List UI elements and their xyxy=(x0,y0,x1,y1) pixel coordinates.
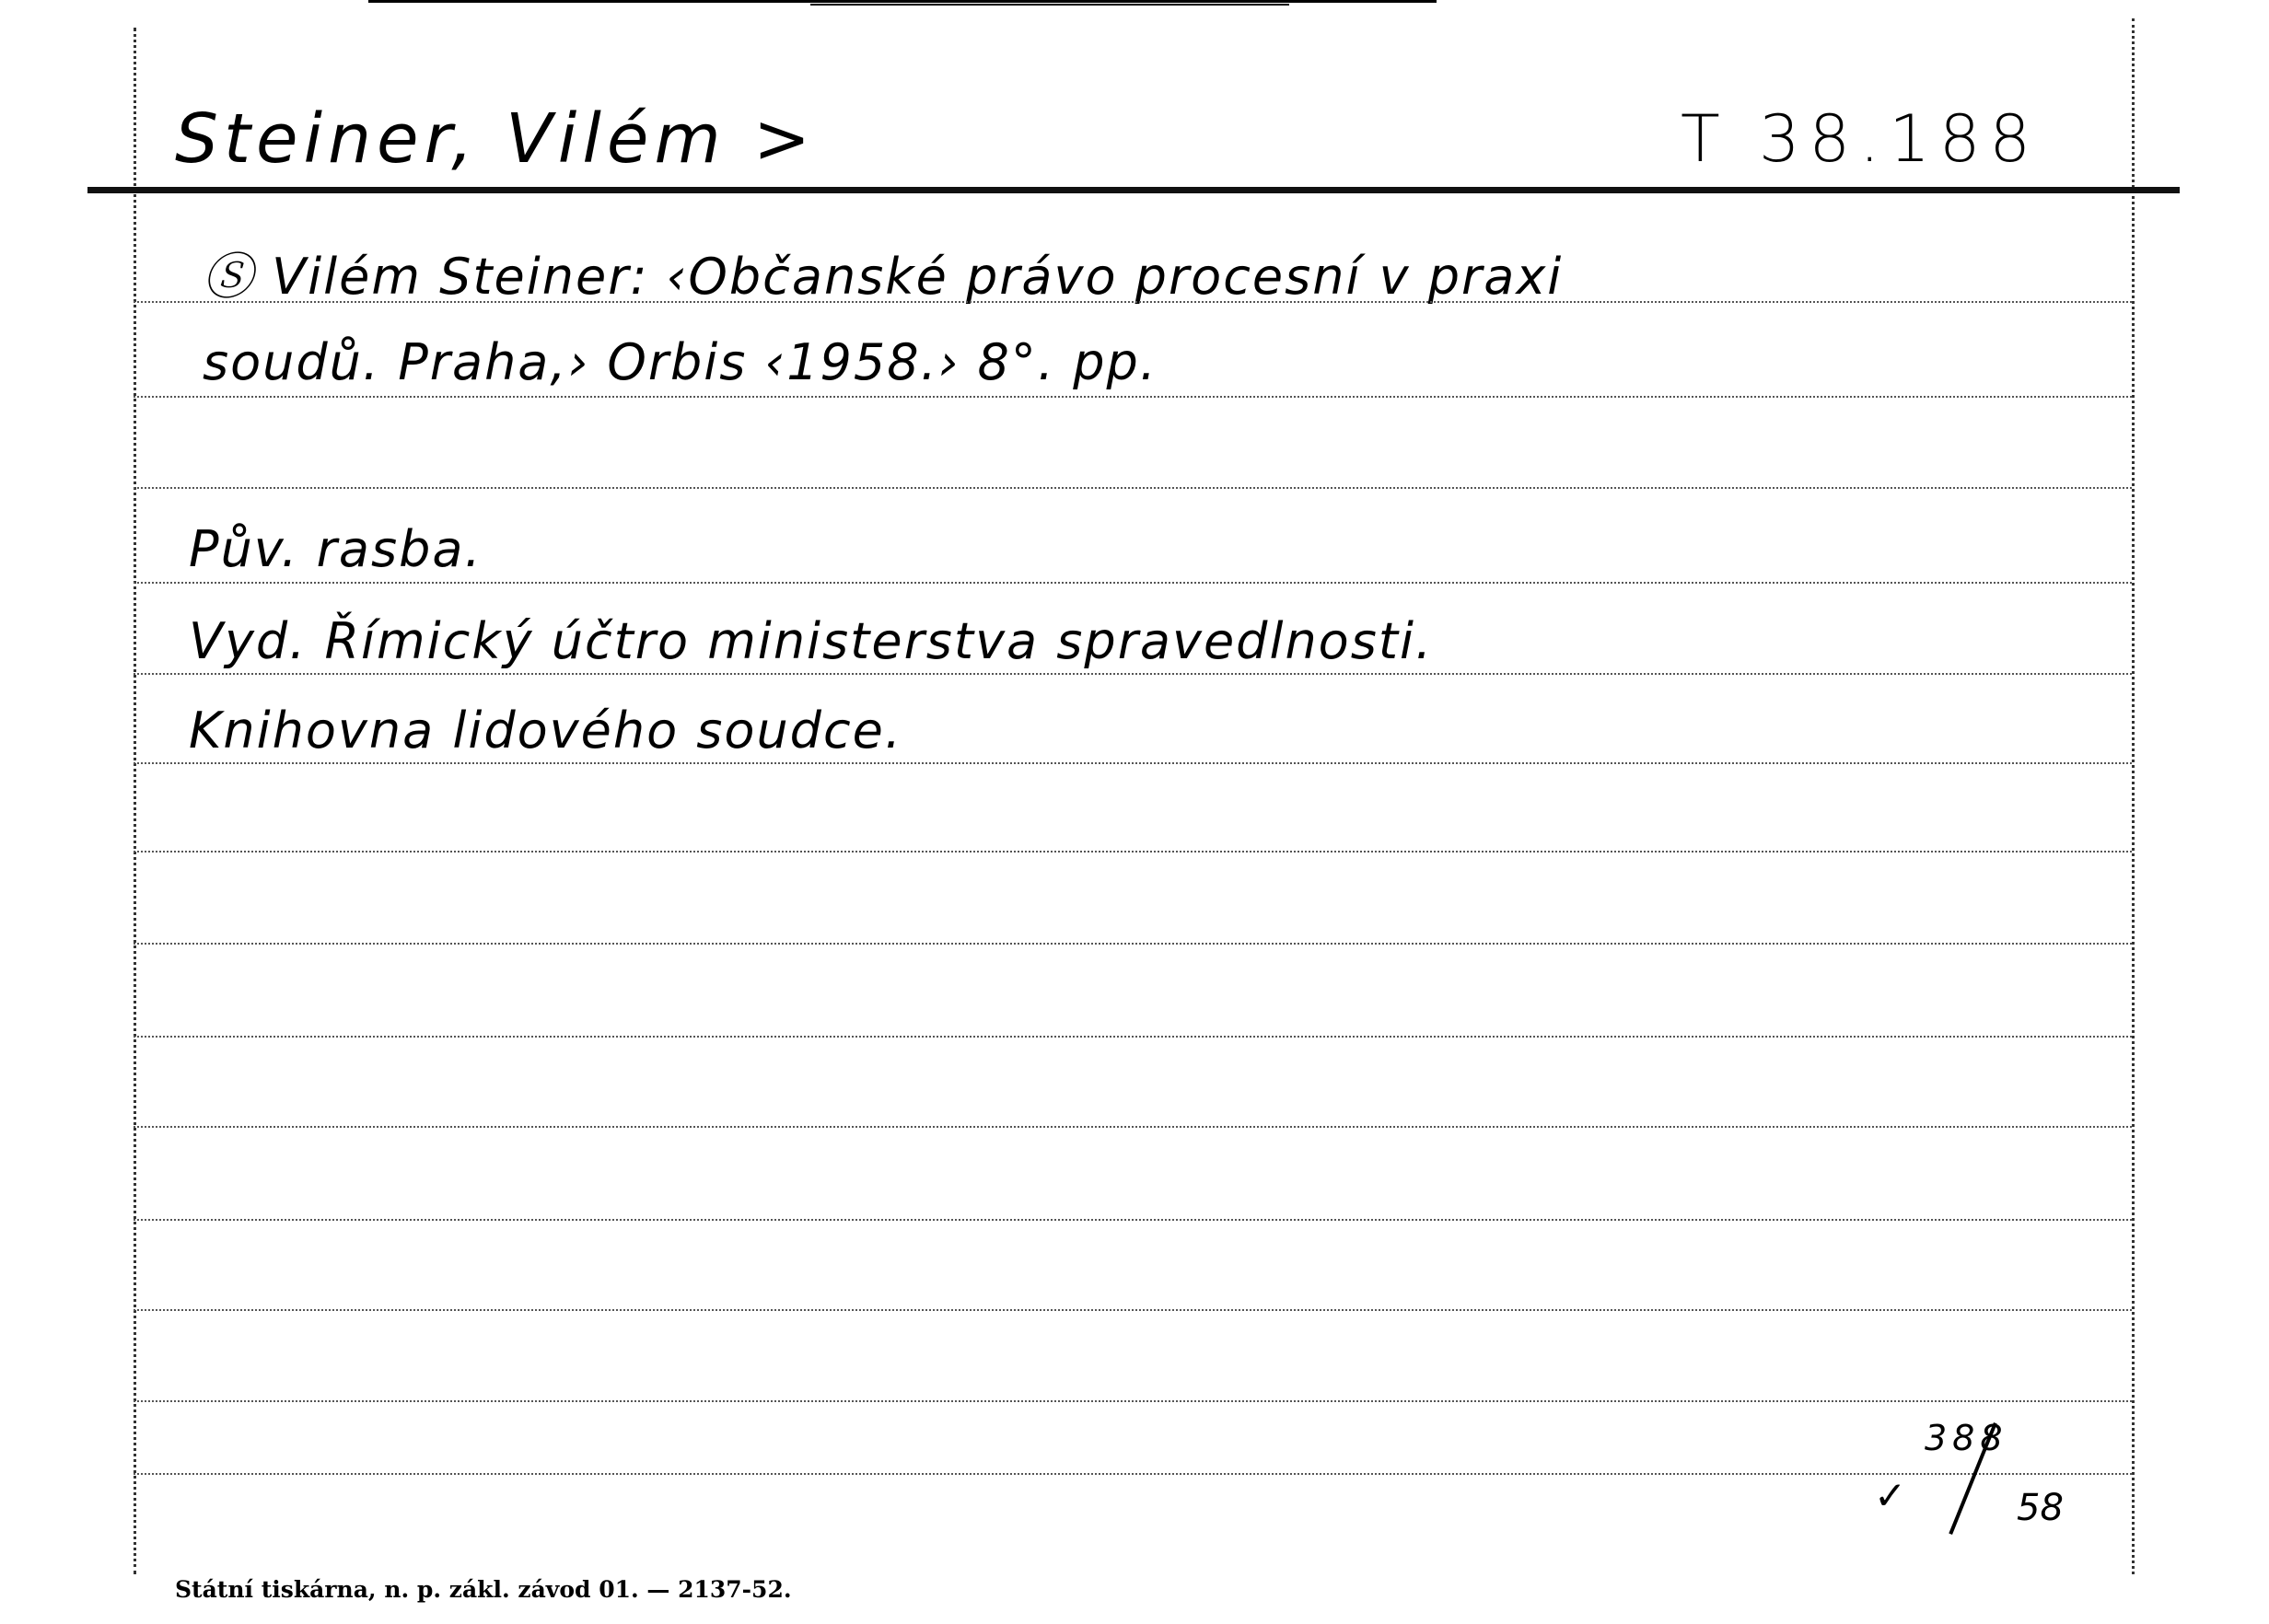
body-line-1: Ⓢ Vilém Steiner: ‹Občanské právo procesn… xyxy=(203,238,1563,308)
printer-imprint: Státní tiskárna, n. p. zákl. závod 01. —… xyxy=(175,1576,792,1603)
check-mark-icon: ✓ xyxy=(1874,1473,1906,1518)
ruled-line xyxy=(134,1473,2132,1475)
left-margin-dotted-line xyxy=(134,28,136,1574)
ruled-line xyxy=(134,487,2132,489)
body-line-5: Vyd. Římický účtro ministerstva spravedl… xyxy=(189,612,1433,670)
ruled-line xyxy=(134,396,2132,398)
ruled-line xyxy=(134,1309,2132,1311)
heading-rule xyxy=(87,187,2180,193)
right-margin-dotted-line xyxy=(2132,18,2135,1574)
ruled-line xyxy=(134,1400,2132,1402)
ruled-line xyxy=(134,851,2132,853)
accession-year: 58 xyxy=(2017,1487,2064,1529)
body-line-4: Pův. rasba. xyxy=(189,520,483,578)
ruled-line xyxy=(134,673,2132,675)
ruled-line xyxy=(134,1219,2132,1221)
call-number: T 38.188 xyxy=(1681,101,2040,177)
body-line-2: soudů. Praha,› Orbis ‹1958.› 8°. pp. xyxy=(203,333,1158,391)
ruled-line xyxy=(134,301,2132,303)
ruled-line xyxy=(134,943,2132,945)
ruled-line xyxy=(134,762,2132,764)
card-top-edge-line xyxy=(368,0,1437,3)
ruled-line xyxy=(134,1036,2132,1038)
card-top-edge-line-secondary xyxy=(810,4,1289,6)
ruled-line xyxy=(134,1126,2132,1128)
body-line-6: Knihovna lidového soudce. xyxy=(189,702,902,760)
author-heading: Steiner, Vilém > xyxy=(175,99,816,179)
ruled-line xyxy=(134,582,2132,584)
catalog-card: Steiner, Vilém > T 38.188 Ⓢ Vilém Steine… xyxy=(0,0,2269,1624)
